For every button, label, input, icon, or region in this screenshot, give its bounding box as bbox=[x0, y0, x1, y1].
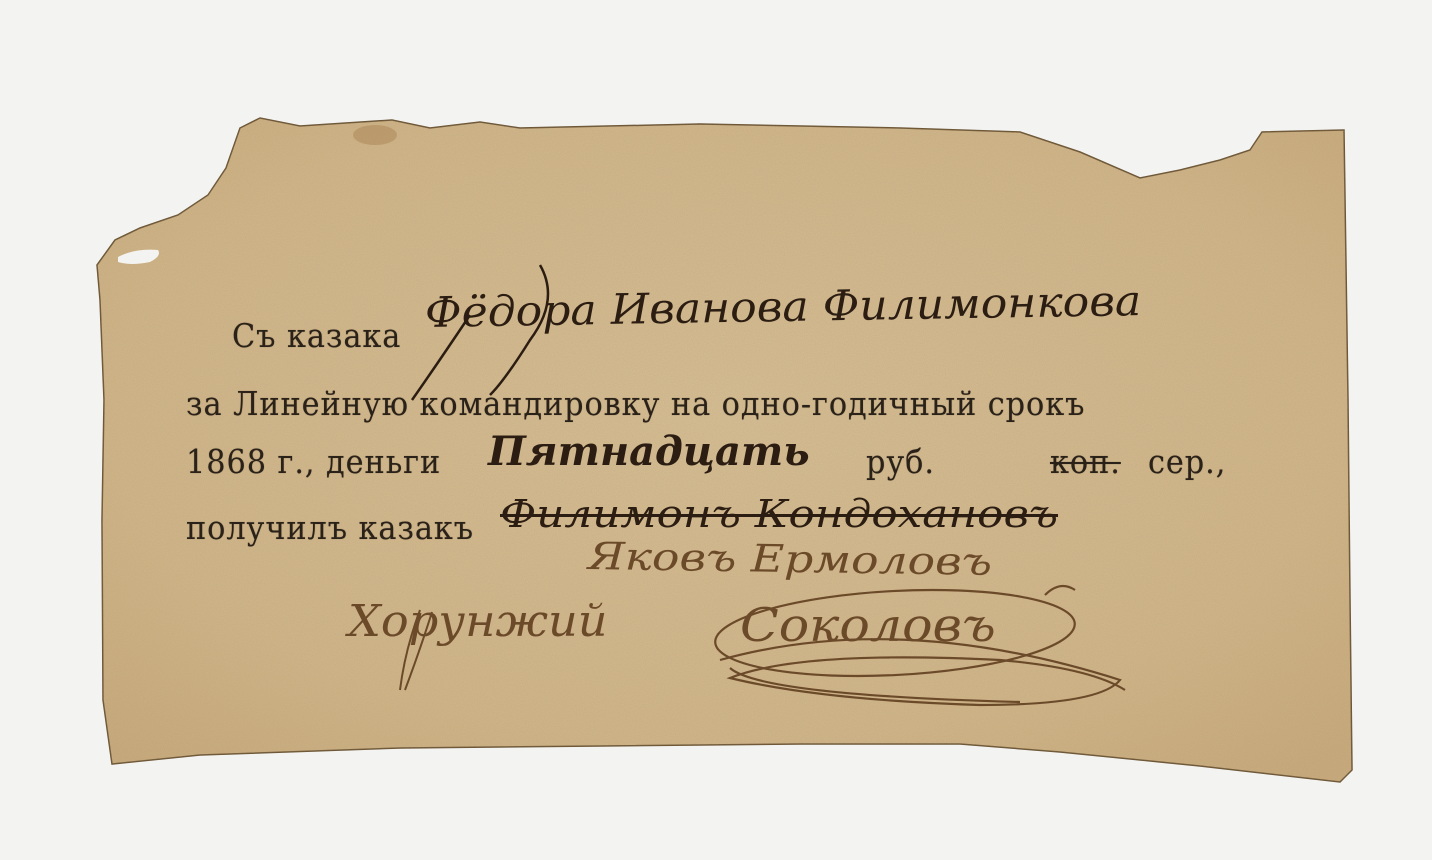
signature-name: Соколовъ bbox=[740, 598, 996, 652]
printed-year-money: 1868 г., деньги bbox=[186, 442, 441, 481]
handwritten-correction-name: Яковъ Ермоловъ bbox=[588, 534, 993, 584]
printed-silver: сер., bbox=[1148, 442, 1226, 481]
printed-from-cossack: Съ казака bbox=[232, 316, 401, 355]
printed-kopecks: коп. bbox=[1050, 442, 1121, 481]
handwritten-amount: Пятнадцать bbox=[488, 428, 810, 475]
printed-received-by: получилъ казакъ bbox=[186, 508, 474, 547]
signature-rank: Хорунжий bbox=[348, 596, 608, 647]
printed-line-mission: за Линейную командировку на одно-годичны… bbox=[186, 384, 1085, 423]
document-scan: Съ казака Фёдора Иванова Филимонкова за … bbox=[0, 0, 1432, 860]
handwritten-struck-name: Филимонъ Кондохановъ bbox=[500, 492, 1058, 536]
printed-rubles: руб. bbox=[866, 442, 935, 481]
